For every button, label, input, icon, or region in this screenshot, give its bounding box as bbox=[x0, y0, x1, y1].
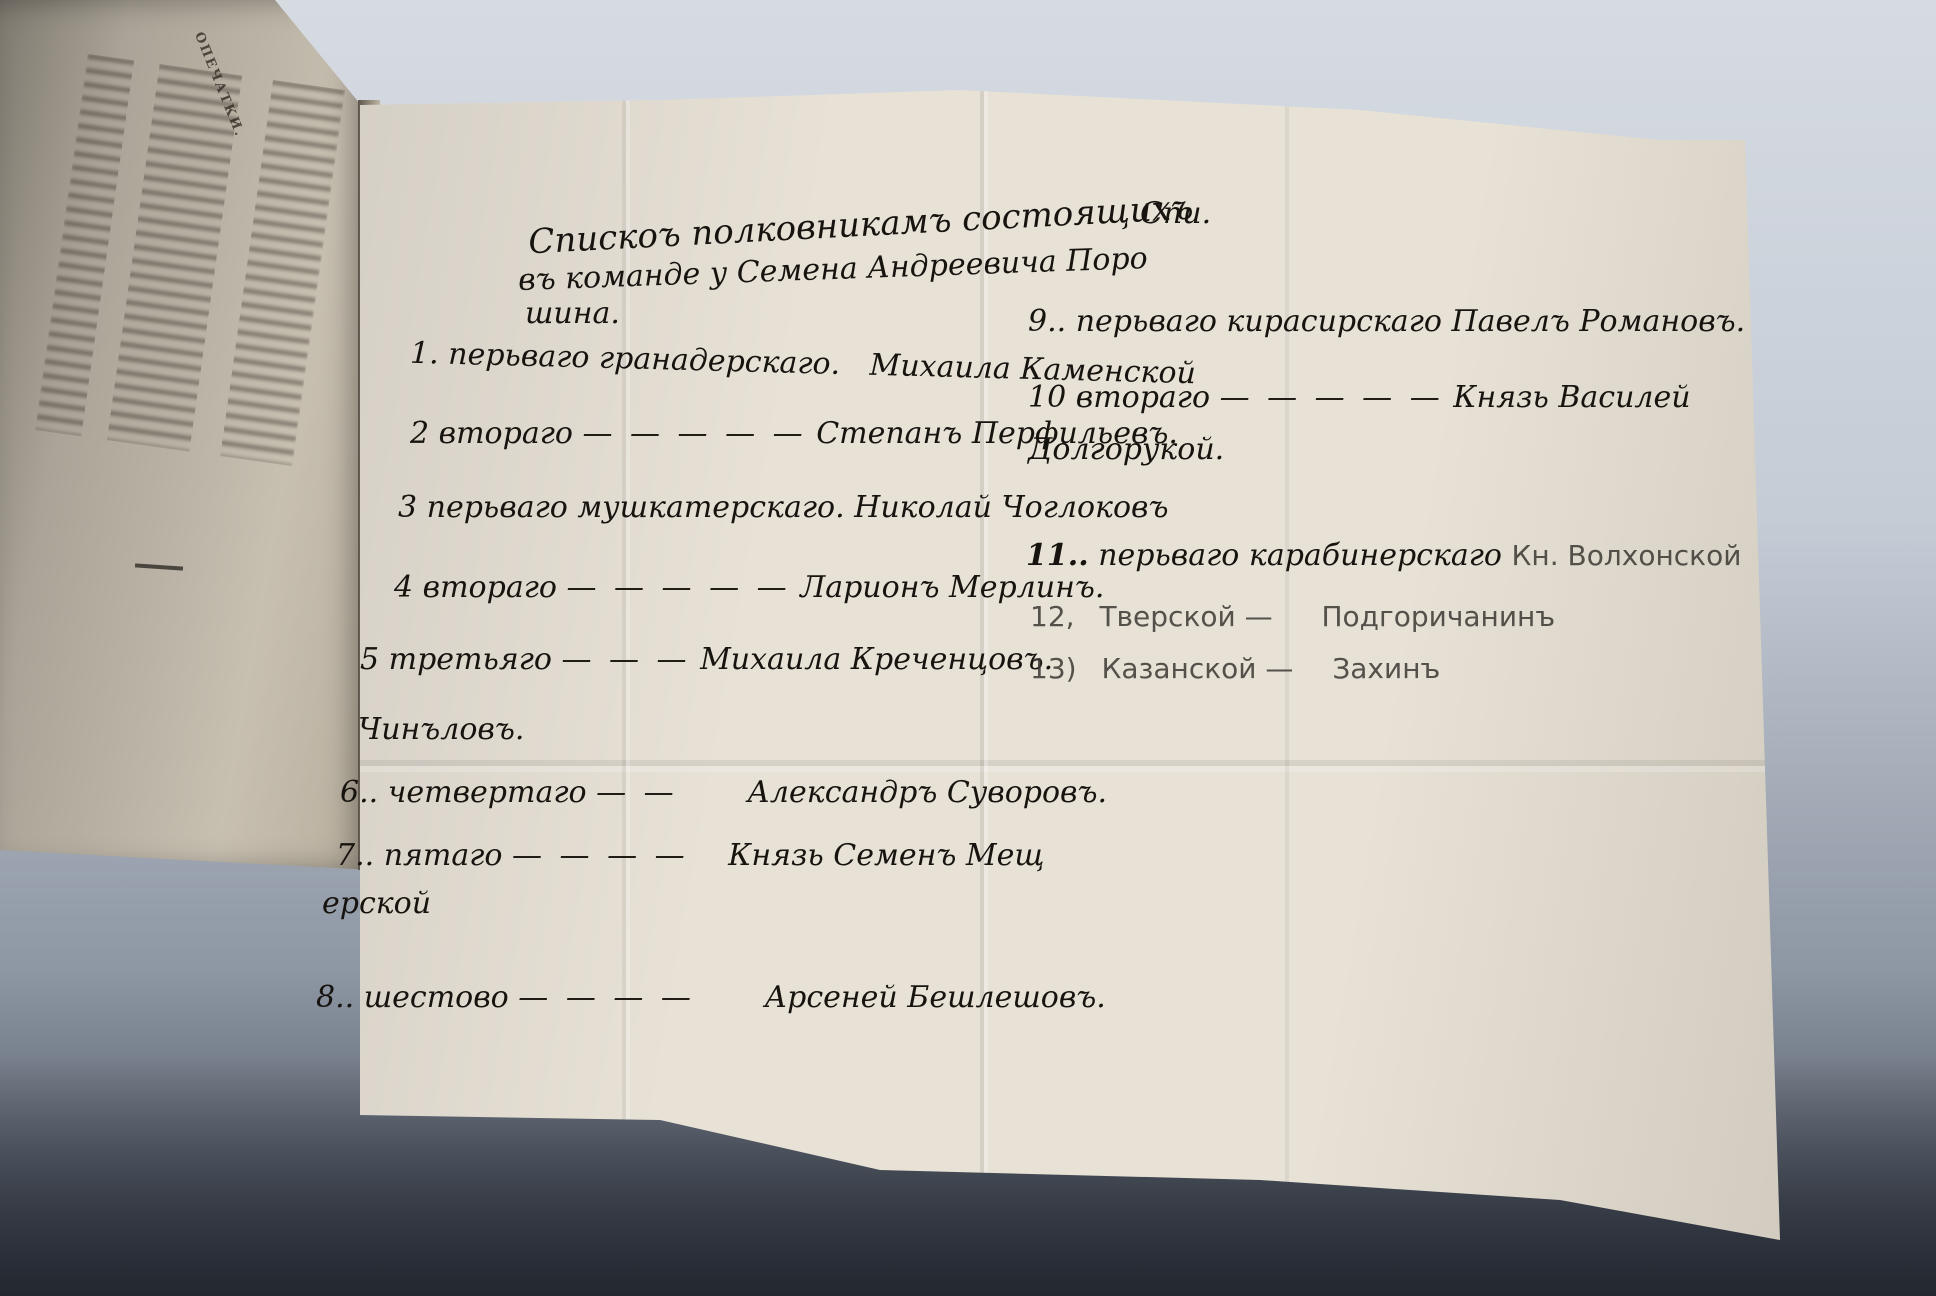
entry-name-continuation: ерской bbox=[322, 886, 431, 921]
entry-number: 4 bbox=[394, 570, 413, 605]
entry-row: 5 третьяго — — — Михаила Креченцовъ. bbox=[360, 642, 1053, 677]
entry-name: Князь Семенъ Мещ bbox=[728, 838, 1044, 873]
entry-row: 9.. перьваго кирасирскаго Павелъ Романов… bbox=[1028, 304, 1745, 339]
pencil-note-row: 12, Тверской — Подгоричанинъ bbox=[1030, 600, 1555, 633]
entry-regiment: втораго bbox=[423, 570, 557, 605]
document-title-line-3: шина. bbox=[525, 296, 620, 331]
entry-row: 4 втораго — — — — — Ларионъ Мерлинъ. bbox=[394, 570, 1104, 605]
entry-row: 3 перьваго мушкатерскаго. Николай Чоглок… bbox=[398, 490, 1168, 525]
book-left-page: ОПЕЧАТКИ. bbox=[0, 0, 372, 870]
entry-dashes: — — — bbox=[561, 642, 690, 677]
entry-regiment: втораго bbox=[1076, 380, 1210, 415]
entry-dashes: — — — — — bbox=[566, 570, 790, 605]
entry-number: 2 bbox=[410, 416, 429, 451]
pencil-note-name: Захинъ bbox=[1332, 652, 1440, 685]
pencil-note-number: 13) bbox=[1030, 652, 1077, 685]
pencil-note-regiment: Казанской — bbox=[1101, 652, 1293, 685]
entry-number: 11.. bbox=[1026, 538, 1089, 573]
book-printed-text bbox=[35, 54, 345, 466]
entry-row: 11.. перьваго карабинерскаго Кн. Волхонс… bbox=[1026, 538, 1741, 573]
entry-regiment: перьваго кирасирскаго bbox=[1076, 304, 1442, 339]
entry-regiment: третьяго bbox=[389, 642, 552, 677]
entry-number: 8.. bbox=[316, 980, 354, 1015]
entry-name: Арсеней Бешлешовъ. bbox=[764, 980, 1105, 1015]
entry-number: 9.. bbox=[1028, 304, 1066, 339]
entry-row: 7.. пятаго — — — — Князь Семенъ Мещ bbox=[336, 838, 1044, 873]
entry-dashes: — — bbox=[596, 775, 678, 810]
right-column-heading: Спи. bbox=[1140, 196, 1211, 231]
book-rule bbox=[135, 563, 183, 570]
entry-row: 6.. четвертаго — — Александръ Суворовъ. bbox=[340, 775, 1107, 810]
entry-number: 7.. bbox=[336, 838, 374, 873]
entry-row: 10 втораго — — — — — Князь Василей bbox=[1028, 380, 1691, 415]
pencil-note-row: 13) Казанской — Захинъ bbox=[1030, 652, 1440, 685]
entry-name: Михаила Креченцовъ. bbox=[700, 642, 1053, 677]
pencil-note-number: 12, bbox=[1030, 600, 1075, 633]
entry-dashes: — — — — — bbox=[582, 416, 806, 451]
entry-number: 5 bbox=[360, 642, 379, 677]
entry-dashes: — — — — — bbox=[1220, 380, 1444, 415]
entry-number: 10 bbox=[1028, 380, 1066, 415]
entry-regiment: перьваго мушкатерскаго. bbox=[427, 490, 845, 525]
entry-row: 8.. шестово — — — — Арсеней Бешлешовъ. bbox=[316, 980, 1106, 1015]
entry-dashes: — — — — bbox=[512, 838, 689, 873]
pencil-note-regiment: Тверской — bbox=[1099, 600, 1272, 633]
entry-regiment: пятаго bbox=[384, 838, 503, 873]
entry-dashes: — — — — bbox=[518, 980, 695, 1015]
entry-name-continuation: Долгорукой. bbox=[1028, 432, 1224, 467]
entry-regiment: втораго bbox=[439, 416, 573, 451]
entry-regiment: шестово bbox=[364, 980, 509, 1015]
entry-name: Николай Чоглоковъ bbox=[854, 490, 1168, 525]
entry-name-continuation: Чинъловъ. bbox=[358, 712, 524, 747]
entry-number: 6.. bbox=[340, 775, 378, 810]
entry-name: Кн. Волхонской bbox=[1512, 539, 1742, 572]
entry-number: 1. bbox=[410, 336, 440, 372]
entry-name: Александръ Суворовъ. bbox=[747, 775, 1107, 810]
entry-name: Павелъ Романовъ. bbox=[1451, 304, 1745, 339]
entry-name: Князь Василей bbox=[1453, 380, 1690, 415]
entry-number: 3 bbox=[398, 490, 417, 525]
entry-regiment: четвертаго bbox=[388, 775, 587, 810]
entry-regiment: перьваго карабинерскаго bbox=[1098, 538, 1502, 573]
pencil-note-name: Подгоричанинъ bbox=[1321, 600, 1555, 633]
